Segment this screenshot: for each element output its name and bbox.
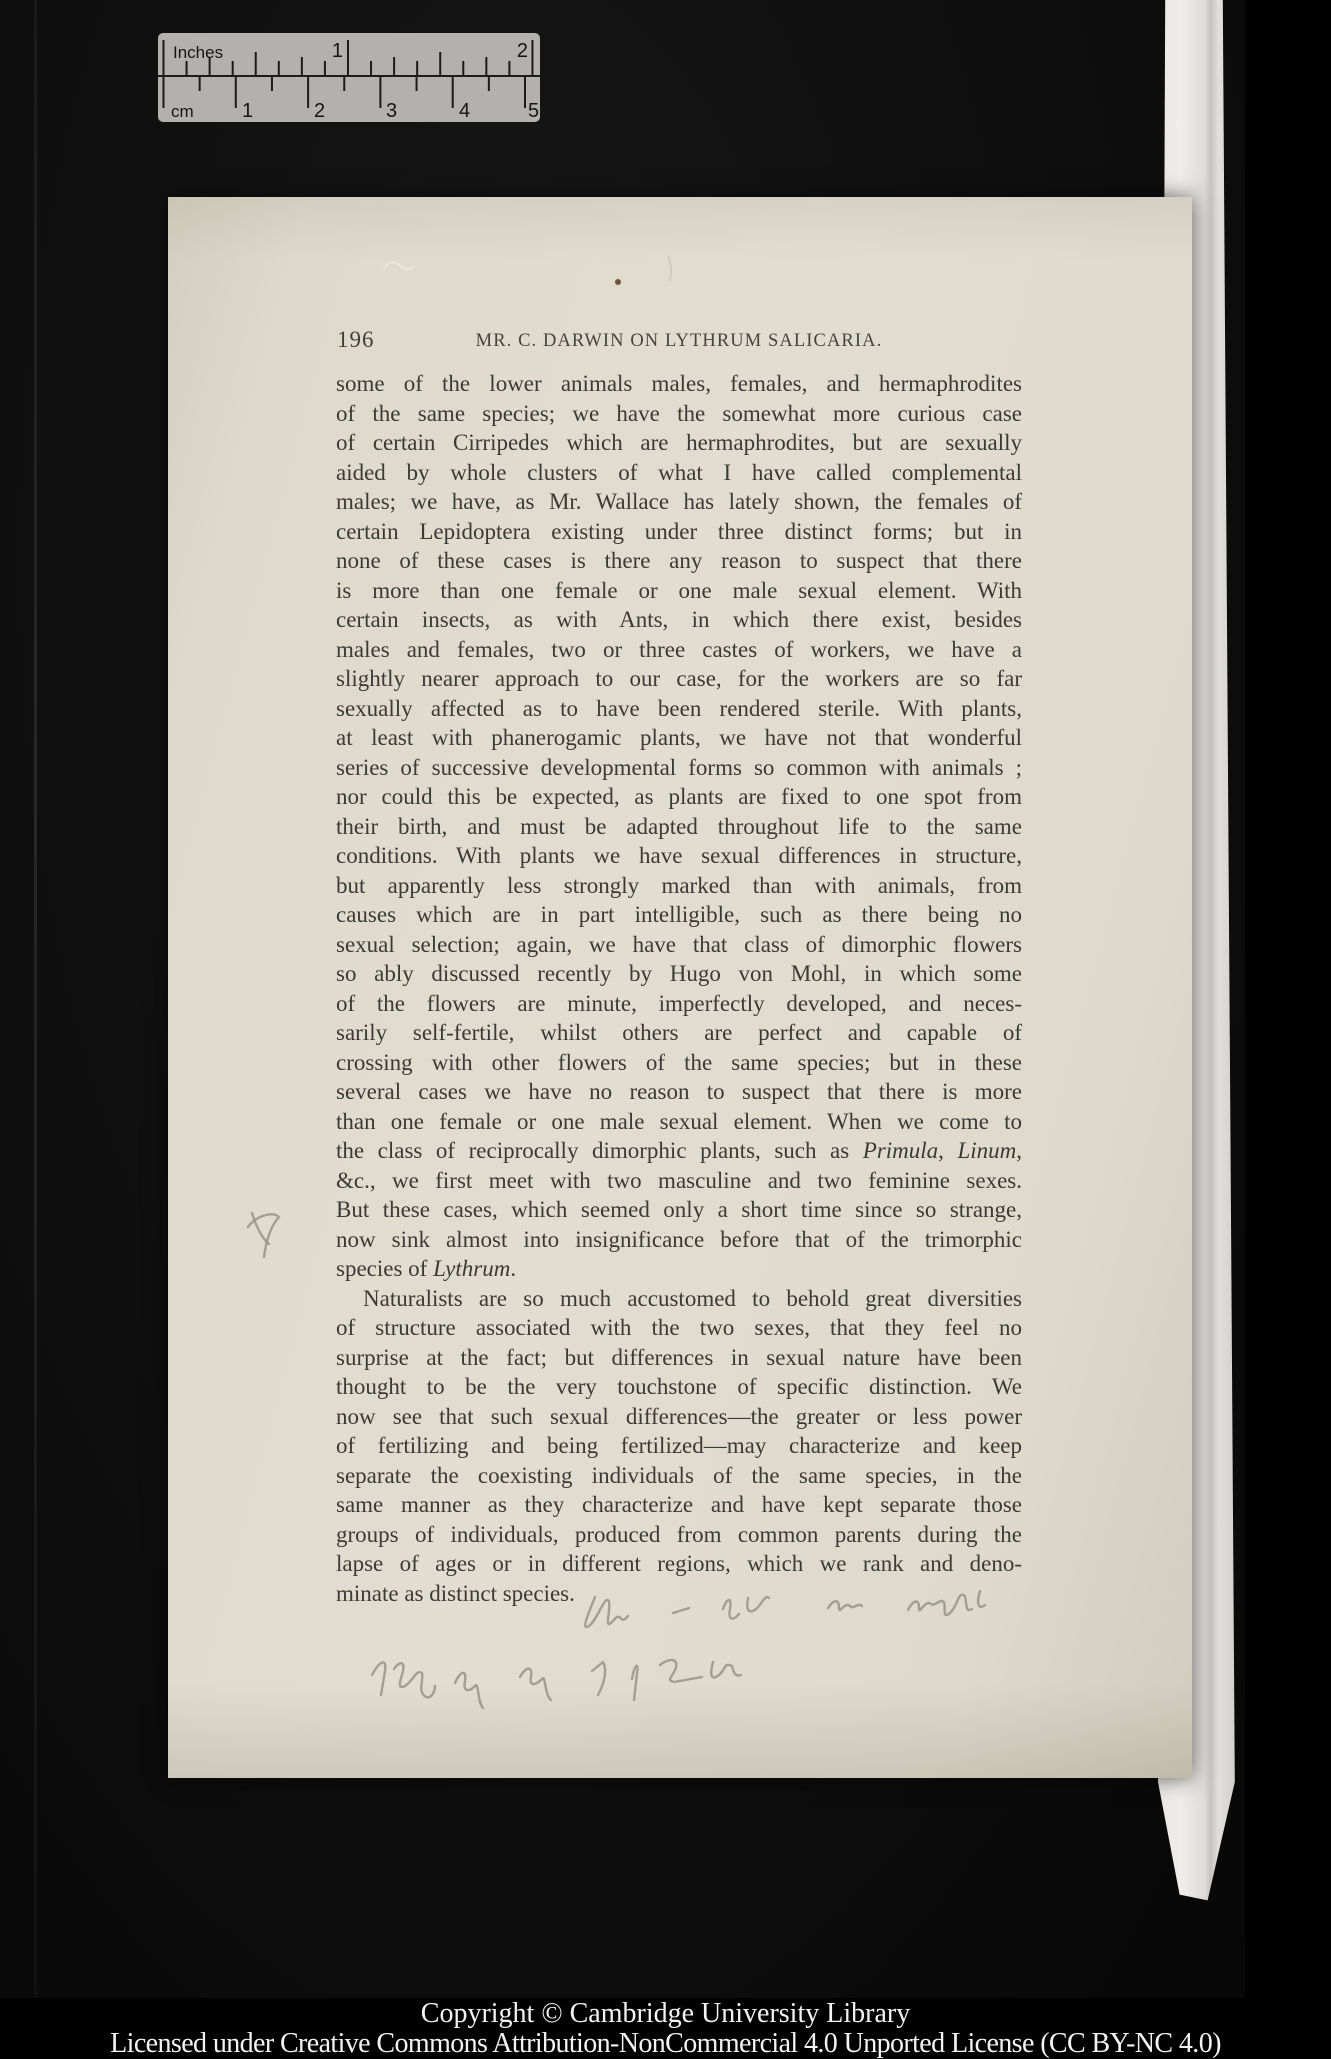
pencil-note-line1 [573, 1585, 1043, 1645]
text-line: lapse of ages or in different regions, w… [336, 1549, 1022, 1579]
text-line: causes which are in part intelligible, s… [336, 900, 1022, 930]
text-line: but apparently less strongly marked than… [336, 871, 1022, 901]
text-line: than one female or one male sexual eleme… [336, 1107, 1022, 1137]
text-line: sexually affected as to have been render… [336, 694, 1022, 724]
text-line: the class of reciprocally dimorphic plan… [336, 1136, 1022, 1166]
text-line: same manner as they characterize and hav… [336, 1490, 1022, 1520]
footer-copyright: Copyright © Cambridge University Library [0, 1999, 1331, 2029]
ruler-svg: Inches cm 1 2 1 2 3 4 5 [158, 33, 540, 122]
text-line: Naturalists are so much accustomed to be… [336, 1284, 1022, 1314]
text-line: of fertilizing and being fertilized—may … [336, 1431, 1022, 1461]
text-line: &c., we first meet with two masculine an… [336, 1166, 1022, 1196]
ruler-cm-5: 5 [528, 100, 539, 122]
paragraph-1: some of the lower animals males, females… [336, 369, 1022, 1284]
text-line: is more than one female or one male sexu… [336, 576, 1022, 606]
text-line: of certain Cirripedes which are hermaphr… [336, 428, 1022, 458]
text-line: certain insects, as with Ants, in which … [336, 605, 1022, 635]
ruler-inch-1: 1 [332, 40, 343, 62]
pencil-note-line2 [360, 1645, 810, 1720]
text-line: of structure associated with the two sex… [336, 1313, 1022, 1343]
text-line: some of the lower animals males, females… [336, 369, 1022, 399]
text-line: surprise at the fact; but differences in… [336, 1343, 1022, 1373]
ruler-cm-label: cm [171, 102, 194, 121]
text-line: separate the coexisting individuals of t… [336, 1461, 1022, 1491]
text-line: thought to be the very touchstone of spe… [336, 1372, 1022, 1402]
text-line: their birth, and must be adapted through… [336, 812, 1022, 842]
body-text: some of the lower animals males, females… [336, 369, 1022, 1608]
text-line: sarily self-fertile, whilst others are p… [336, 1018, 1022, 1048]
ruler: Inches cm 1 2 1 2 3 4 5 [158, 33, 540, 122]
text-line: sexual selection; again, we have that cl… [336, 930, 1022, 960]
ruler-cm-4: 4 [459, 100, 470, 122]
running-head: 196 MR. C. DARWIN ON LYTHRUM SALICARIA. [336, 327, 1022, 355]
text-line: species of Lythrum. [336, 1254, 1022, 1284]
text-line: of the same species; we have the somewha… [336, 399, 1022, 429]
ruler-cm-1: 1 [242, 100, 253, 122]
text-line: males and females, two or three castes o… [336, 635, 1022, 665]
text-line: now see that such sexual differences—the… [336, 1402, 1022, 1432]
ruler-inch-2: 2 [517, 40, 528, 62]
text-line: But these cases, which seemed only a sho… [336, 1195, 1022, 1225]
ruler-cm-2: 2 [314, 100, 325, 122]
running-title: MR. C. DARWIN ON LYTHRUM SALICARIA. [336, 331, 1022, 352]
text-line: now sink almost into insignificance befo… [336, 1225, 1022, 1255]
paragraph-2: Naturalists are so much accustomed to be… [336, 1284, 1022, 1609]
text-line: series of successive developmental forms… [336, 753, 1022, 783]
text-line: at least with phanerogamic plants, we ha… [336, 723, 1022, 753]
paper-blemishes [378, 252, 698, 302]
pencil-margin-mark [238, 1203, 292, 1269]
ruler-inches-label: Inches [173, 43, 223, 62]
text-line: males; we have, as Mr. Wallace has latel… [336, 487, 1022, 517]
text-line: certain Lepidoptera existing under three… [336, 517, 1022, 547]
text-line: aided by whole clusters of what I have c… [336, 458, 1022, 488]
scan-photograph: { "ruler": { "top_label": "Inches", "bot… [0, 0, 1331, 2059]
text-line: several cases we have no reason to suspe… [336, 1077, 1022, 1107]
text-line: groups of individuals, produced from com… [336, 1520, 1022, 1550]
footer: Copyright © Cambridge University Library… [0, 1999, 1331, 2058]
scanned-page: 196 MR. C. DARWIN ON LYTHRUM SALICARIA. … [168, 197, 1192, 1778]
text-line: crossing with other flowers of the same … [336, 1048, 1022, 1078]
book-cover-edge-highlight [34, 0, 37, 1998]
ruler-cm-3: 3 [386, 100, 397, 122]
text-line: of the flowers are minute, imperfectly d… [336, 989, 1022, 1019]
text-line: none of these cases is there any reason … [336, 546, 1022, 576]
text-line: so ably discussed recently by Hugo von M… [336, 959, 1022, 989]
text-line: nor could this be expected, as plants ar… [336, 782, 1022, 812]
text-line: conditions. With plants we have sexual d… [336, 841, 1022, 871]
footer-license: Licensed under Creative Commons Attribut… [0, 2029, 1331, 2058]
text-line: slightly nearer approach to our case, fo… [336, 664, 1022, 694]
